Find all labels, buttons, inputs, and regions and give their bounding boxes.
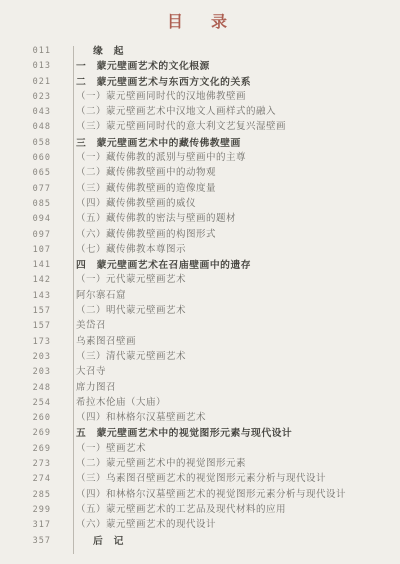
toc-page-number: 157 [0, 304, 64, 319]
toc-page-number: 254 [0, 396, 64, 411]
toc-row: 023 （一）蒙元壁画同时代的汉地佛教壁画 [0, 90, 400, 105]
toc-page-number: 058 [0, 136, 64, 151]
toc-page-number: 011 [0, 44, 64, 59]
toc-entry-label[interactable]: 乌素图召壁画 [64, 335, 136, 350]
toc-entry-label[interactable]: 缘 起 [64, 44, 124, 59]
toc-page-number: 173 [0, 335, 64, 350]
toc-row: 043 （二）蒙元壁画艺术中汉地文人画样式的融入 [0, 105, 400, 120]
toc-entry-label[interactable]: （一）藏传佛教的派别与壁画中的主尊 [64, 151, 246, 166]
toc-page-number: 357 [0, 534, 64, 549]
toc-row: 157 （二）明代蒙元壁画艺术 [0, 304, 400, 319]
toc-row: 203 （三）清代蒙元壁画艺术 [0, 350, 400, 365]
toc-page-number: 043 [0, 105, 64, 120]
toc-page-number: 273 [0, 457, 64, 472]
toc-row: 317 （六）蒙元壁画艺术的现代设计 [0, 518, 400, 533]
toc-row: 107 （七）藏传佛教本尊图示 [0, 243, 400, 258]
toc-row: 097 （六）藏传佛教壁画的构图形式 [0, 228, 400, 243]
toc-entry-label[interactable]: 后 记 [64, 534, 124, 549]
toc-page-number: 260 [0, 411, 64, 426]
toc-entry-label[interactable]: （三）蒙元壁画同时代的意大利文艺复兴湿壁画 [64, 120, 286, 135]
toc-row: 269 （一）壁画艺术 [0, 442, 400, 457]
toc-entry-label[interactable]: （五）藏传佛教的密法与壁画的题材 [64, 212, 236, 227]
toc-row: 285 （四）和林格尔汉墓壁画艺术的视觉图形元素分析与现代设计 [0, 488, 400, 503]
toc-entry-label[interactable]: （一）蒙元壁画同时代的汉地佛教壁画 [64, 90, 246, 105]
toc-row: 254 希拉木伦庙（大庙） [0, 396, 400, 411]
toc-page-number: 248 [0, 381, 64, 396]
toc-row: 011 缘 起 [0, 44, 400, 59]
toc-page-number: 085 [0, 197, 64, 212]
toc-row: 141 四 蒙元壁画艺术在召庙壁画中的遗存 [0, 258, 400, 273]
toc-page-number: 285 [0, 488, 64, 503]
toc-page-number: 143 [0, 289, 64, 304]
toc-list: 011 缘 起 013 一 蒙元壁画艺术的文化根源 021 二 蒙元壁画艺术与东… [0, 44, 400, 558]
toc-page-number: 269 [0, 442, 64, 457]
page-title: 目 录 [0, 0, 400, 32]
toc-row: 299 （五）蒙元壁画艺术的工艺品及现代材料的应用 [0, 503, 400, 518]
toc-row: 260 （四）和林格尔汉墓壁画艺术 [0, 411, 400, 426]
toc-page-number: 141 [0, 258, 64, 273]
toc-entry-label[interactable]: （七）藏传佛教本尊图示 [64, 243, 186, 258]
toc-row: 094 （五）藏传佛教的密法与壁画的题材 [0, 212, 400, 227]
toc-page-number: 060 [0, 151, 64, 166]
toc-entry-label[interactable]: （三）藏传佛教壁画的造像度量 [64, 182, 216, 197]
toc-page-number: 097 [0, 228, 64, 243]
toc-entry-label[interactable]: 大召寺 [64, 365, 106, 380]
toc-entry-label[interactable]: （四）藏传佛教壁画的威仪 [64, 197, 196, 212]
toc-entry-label[interactable]: （六）蒙元壁画艺术的现代设计 [64, 518, 216, 533]
toc-page-number: 013 [0, 59, 64, 74]
toc-entry-label[interactable]: （四）和林格尔汉墓壁画艺术 [64, 411, 206, 426]
toc-row: 273 （二）蒙元壁画艺术中的视觉图形元素 [0, 457, 400, 472]
toc-entry-label[interactable]: 一 蒙元壁画艺术的文化根源 [64, 59, 210, 74]
toc-page-number: 157 [0, 319, 64, 334]
toc-entry-label[interactable]: （二）藏传佛教壁画中的动物观 [64, 166, 216, 181]
toc-page-number: 203 [0, 365, 64, 380]
toc-row: 357 后 记 [0, 534, 400, 549]
toc-row: 060 （一）藏传佛教的派别与壁画中的主尊 [0, 151, 400, 166]
toc-row: 274 （三）乌素图召壁画艺术的视觉图形元素分析与现代设计 [0, 472, 400, 487]
toc-entry-label[interactable]: 希拉木伦庙（大庙） [64, 396, 166, 411]
toc-page-number: 274 [0, 472, 64, 487]
toc-page-number: 142 [0, 273, 64, 288]
toc-entry-label[interactable]: 二 蒙元壁画艺术与东西方文化的关系 [64, 75, 251, 90]
toc-row: 173 乌素图召壁画 [0, 335, 400, 350]
toc-page-number: 299 [0, 503, 64, 518]
toc-entry-label[interactable]: 阿尔寨石窟 [64, 289, 126, 304]
toc-row: 203 大召寺 [0, 365, 400, 380]
toc-row: 013 一 蒙元壁画艺术的文化根源 [0, 59, 400, 74]
toc-entry-label[interactable]: （二）蒙元壁画艺术中的视觉图形元素 [64, 457, 246, 472]
toc-page: 目 录 011 缘 起 013 一 蒙元壁画艺术的文化根源 021 二 蒙元壁画… [0, 0, 400, 564]
toc-row: 142 （一）元代蒙元壁画艺术 [0, 273, 400, 288]
toc-page-number: 203 [0, 350, 64, 365]
toc-entry-label[interactable]: （一）元代蒙元壁画艺术 [64, 273, 186, 288]
toc-page-number: 269 [0, 426, 64, 441]
toc-page-number: 065 [0, 166, 64, 181]
toc-page-number: 023 [0, 90, 64, 105]
toc-entry-label[interactable]: 席力图召 [64, 381, 116, 396]
toc-page-number: 021 [0, 75, 64, 90]
toc-entry-label[interactable]: （二）蒙元壁画艺术中汉地文人画样式的融入 [64, 105, 276, 120]
toc-entry-label[interactable]: 四 蒙元壁画艺术在召庙壁画中的遗存 [64, 258, 251, 273]
toc-row: 021 二 蒙元壁画艺术与东西方文化的关系 [0, 75, 400, 90]
toc-page-number: 094 [0, 212, 64, 227]
toc-page-number: 317 [0, 518, 64, 533]
toc-row: 065 （二）藏传佛教壁画中的动物观 [0, 166, 400, 181]
toc-entry-label[interactable]: （六）藏传佛教壁画的构图形式 [64, 228, 216, 243]
toc-page-number: 077 [0, 182, 64, 197]
toc-row: 248 席力图召 [0, 381, 400, 396]
toc-row: 085 （四）藏传佛教壁画的威仪 [0, 197, 400, 212]
toc-row: 058 三 蒙元壁画艺术中的藏传佛教壁画 [0, 136, 400, 151]
toc-row: 143 阿尔寨石窟 [0, 289, 400, 304]
toc-row: 157 美岱召 [0, 319, 400, 334]
toc-entry-label[interactable]: （三）清代蒙元壁画艺术 [64, 350, 186, 365]
toc-entry-label[interactable]: （四）和林格尔汉墓壁画艺术的视觉图形元素分析与现代设计 [64, 488, 346, 503]
toc-row: 269 五 蒙元壁画艺术中的视觉图形元素与现代设计 [0, 426, 400, 441]
toc-entry-label[interactable]: （二）明代蒙元壁画艺术 [64, 304, 186, 319]
toc-entry-label[interactable]: （一）壁画艺术 [64, 442, 146, 457]
toc-entry-label[interactable]: （五）蒙元壁画艺术的工艺品及现代材料的应用 [64, 503, 286, 518]
toc-row: 048 （三）蒙元壁画同时代的意大利文艺复兴湿壁画 [0, 120, 400, 135]
toc-entry-label[interactable]: （三）乌素图召壁画艺术的视觉图形元素分析与现代设计 [64, 472, 326, 487]
toc-entry-label[interactable]: 五 蒙元壁画艺术中的视觉图形元素与现代设计 [64, 426, 292, 441]
toc-entry-label[interactable]: 三 蒙元壁画艺术中的藏传佛教壁画 [64, 136, 241, 151]
toc-page-number: 107 [0, 243, 64, 258]
toc-row: 077 （三）藏传佛教壁画的造像度量 [0, 182, 400, 197]
toc-entry-label[interactable]: 美岱召 [64, 319, 106, 334]
toc-page-number: 048 [0, 120, 64, 135]
